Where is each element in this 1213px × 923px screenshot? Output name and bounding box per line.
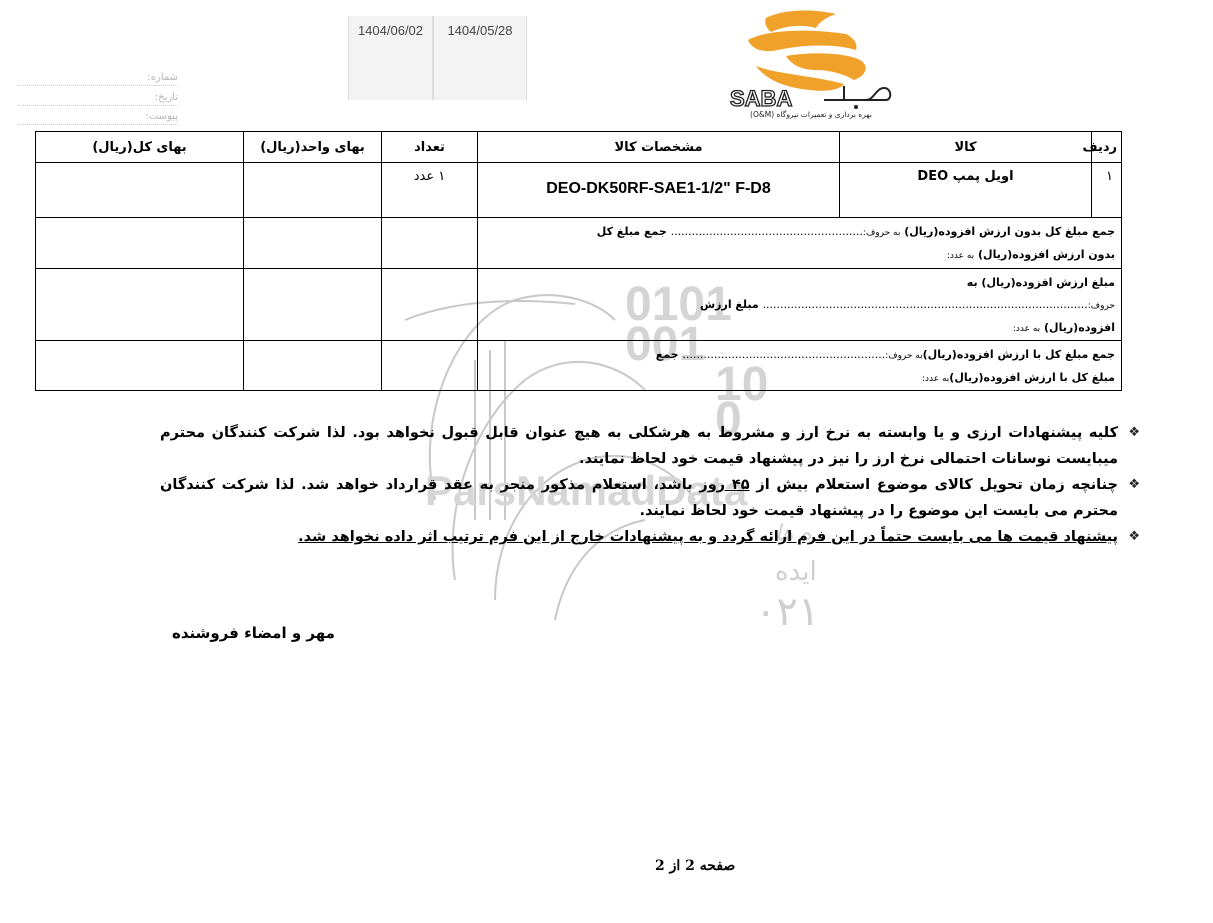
cell-unit-price[interactable] [244,163,382,218]
items-table: ردیف کالا مشخصات کالا تعداد بهای واحد(ری… [35,131,1122,391]
seller-seal-signature-label: مهر و امضاء فروشنده [172,624,335,642]
summary-cell-qty [382,218,478,269]
column-header-item: کالا [840,132,1092,163]
svg-text:۰۲۱-۸۸۳۴۹۶۷۰-۵: ۰۲۱-۸۸۳۴۹۶۷۰-۵ [755,589,815,635]
column-header-total-price: بهای کل(ریال) [36,132,244,163]
date-box-2: 1404/06/02 [348,16,433,100]
summary-cell-total-price[interactable] [36,341,244,391]
summary-cell-qty [382,269,478,341]
letter-date-field: تاریخ: [18,91,178,106]
column-header-row-number: ردیف [1092,132,1122,163]
column-header-qty: تعداد [382,132,478,163]
summary-label-vat: مبلغ ارزش افزوده(ریال) به حروف:.........… [478,269,1122,341]
delivery-days-highlight: ۴۵ روز [699,477,749,493]
summary-cell-total-price[interactable] [36,218,244,269]
summary-label-without-vat: جمع مبلغ کل بدون ارزش افزوده(ریال) به حر… [478,218,1122,269]
cell-item: اویل پمپ DEO [840,163,1092,218]
saba-logo: SABA [726,4,896,124]
svg-text:پایگاه اطلاع رسانی مناقصه و مز: پایگاه اطلاع رسانی مناقصه و مزایده [775,556,815,587]
summary-cell-unit-price[interactable] [244,218,382,269]
logo-caption: بهره برداری و تعمیرات نیروگاه (O&M) [728,110,894,119]
summary-row-without-vat: جمع مبلغ کل بدون ارزش افزوده(ریال) به حر… [36,218,1122,269]
summary-row-with-vat: جمع مبلغ کل با ارزش افزوده(ریال)به حروف:… [36,341,1122,391]
terms-notes: ❖ کلیه پیشنهادات ارزی و یا وابسته به نرخ… [160,420,1140,550]
saba-logo-icon: SABA [726,4,896,114]
table-header-row: ردیف کالا مشخصات کالا تعداد بهای واحد(ری… [36,132,1122,163]
note-form-required: ❖ پیشنهاد قیمت ها می بایست حتماً در این … [160,524,1140,550]
summary-cell-qty [382,341,478,391]
letter-attachment-field: پیوست: [18,110,178,125]
diamond-bullet-icon: ❖ [1128,472,1140,498]
svg-text:SABA: SABA [730,86,792,111]
date-box-1: 1404/05/28 [433,16,527,100]
note-currency: ❖ کلیه پیشنهادات ارزی و یا وابسته به نرخ… [160,420,1140,472]
cell-total-price[interactable] [36,163,244,218]
diamond-bullet-icon: ❖ [1128,524,1140,550]
summary-cell-total-price[interactable] [36,269,244,341]
table-row: ۱ اویل پمپ DEO DEO-DK50RF-SAE1-1/2" F-D8… [36,163,1122,218]
diamond-bullet-icon: ❖ [1128,420,1140,446]
summary-cell-unit-price[interactable] [244,341,382,391]
summary-cell-unit-price[interactable] [244,269,382,341]
summary-label-with-vat: جمع مبلغ کل با ارزش افزوده(ریال)به حروف:… [478,341,1122,391]
cell-row-number: ۱ [1092,163,1122,218]
letter-number-field: شماره: [18,71,178,86]
column-header-spec: مشخصات کالا [478,132,840,163]
cell-qty: ۱ عدد [382,163,478,218]
cell-spec: DEO-DK50RF-SAE1-1/2" F-D8 [478,163,840,218]
summary-row-vat: مبلغ ارزش افزوده(ریال) به حروف:.........… [36,269,1122,341]
column-header-unit-price: بهای واحد(ریال) [244,132,382,163]
note-delivery-time: ❖ چنانچه زمان تحویل کالای موضوع استعلام … [160,472,1140,524]
page-number: صفحه 2 از 2 [655,858,735,874]
